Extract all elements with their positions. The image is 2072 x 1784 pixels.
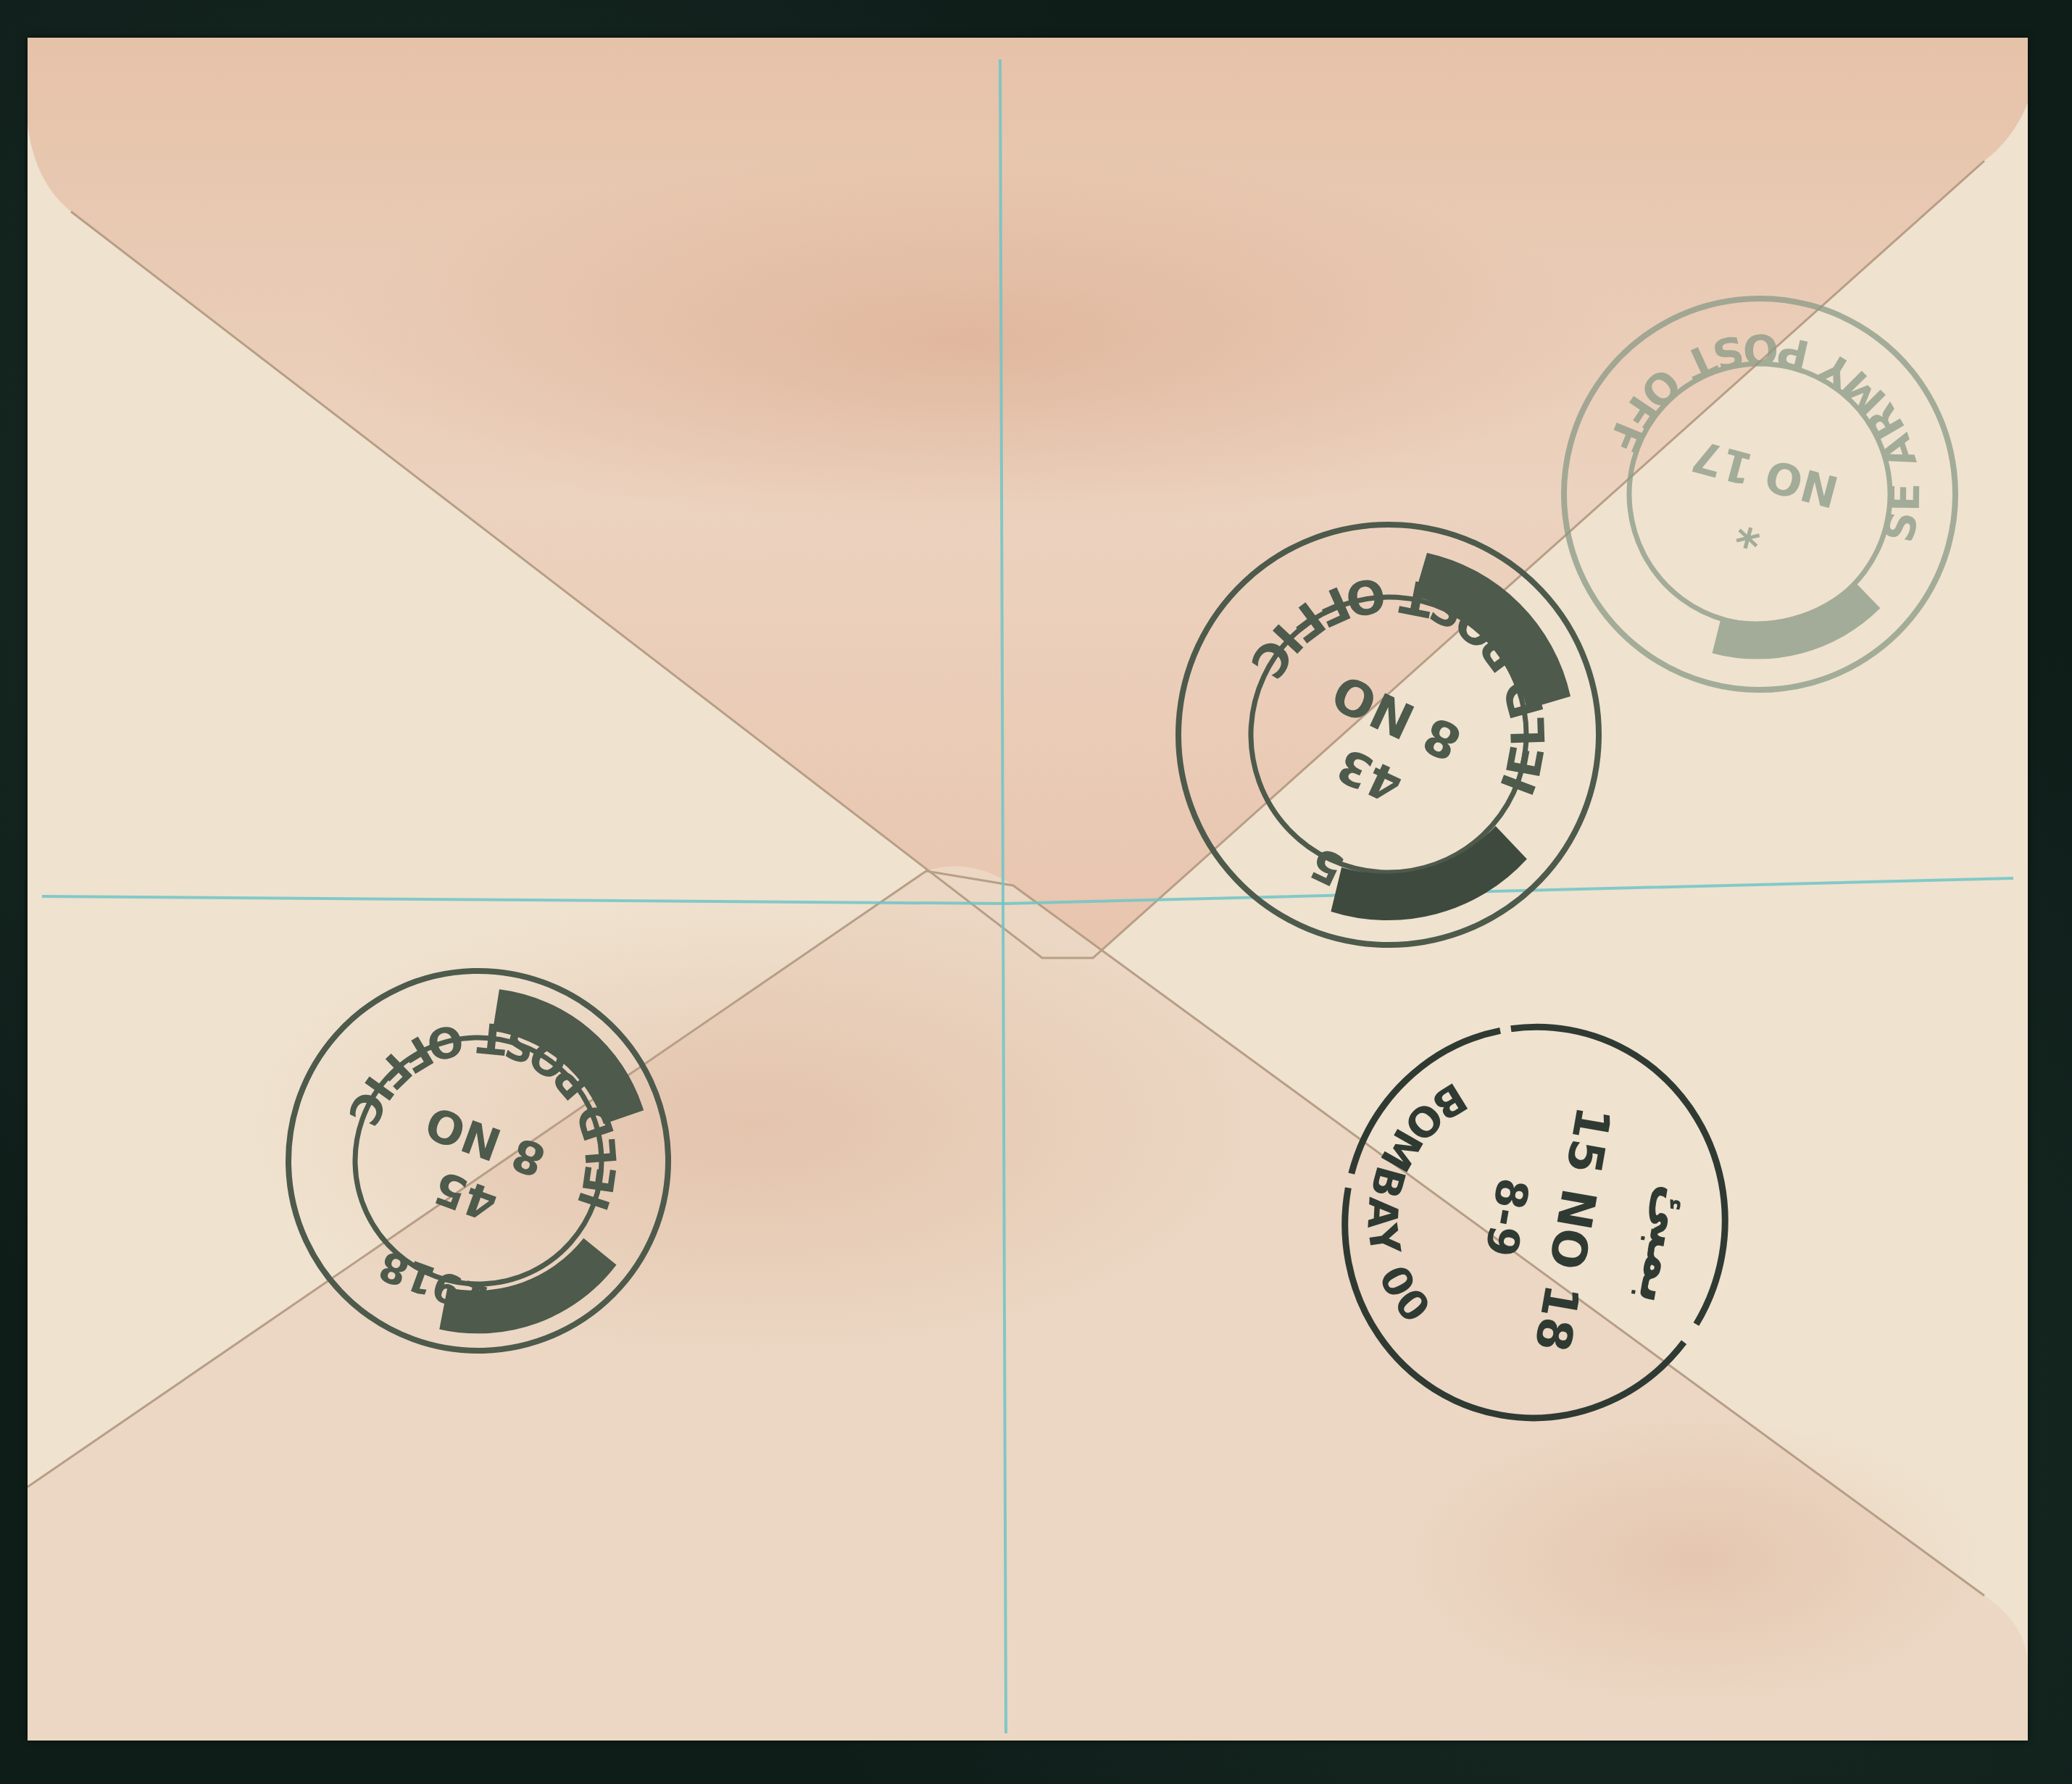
postmark-year: 1918 [373, 1241, 496, 1324]
postmark-date: 15 NO 18 [1523, 1103, 1621, 1356]
postmark-arabic-date-stamp: 15 NO 18 8-9 BOMBAY 00 ﺑﻤﺒﺊ [1299, 980, 1771, 1464]
postmark-date: NO 17 [1686, 430, 1844, 517]
postmark-number: * [1731, 501, 1768, 559]
postmark-date: 8 NO [419, 1096, 552, 1188]
envelope-back: FIELD POST OFFICE 45 8 NO 1918 FIELD POS… [28, 38, 2028, 1741]
arabic-script-glyphs: ﺑﻤﺒﺊ [1626, 1181, 1706, 1310]
postmark-time: 8-9 [1475, 1175, 1539, 1261]
